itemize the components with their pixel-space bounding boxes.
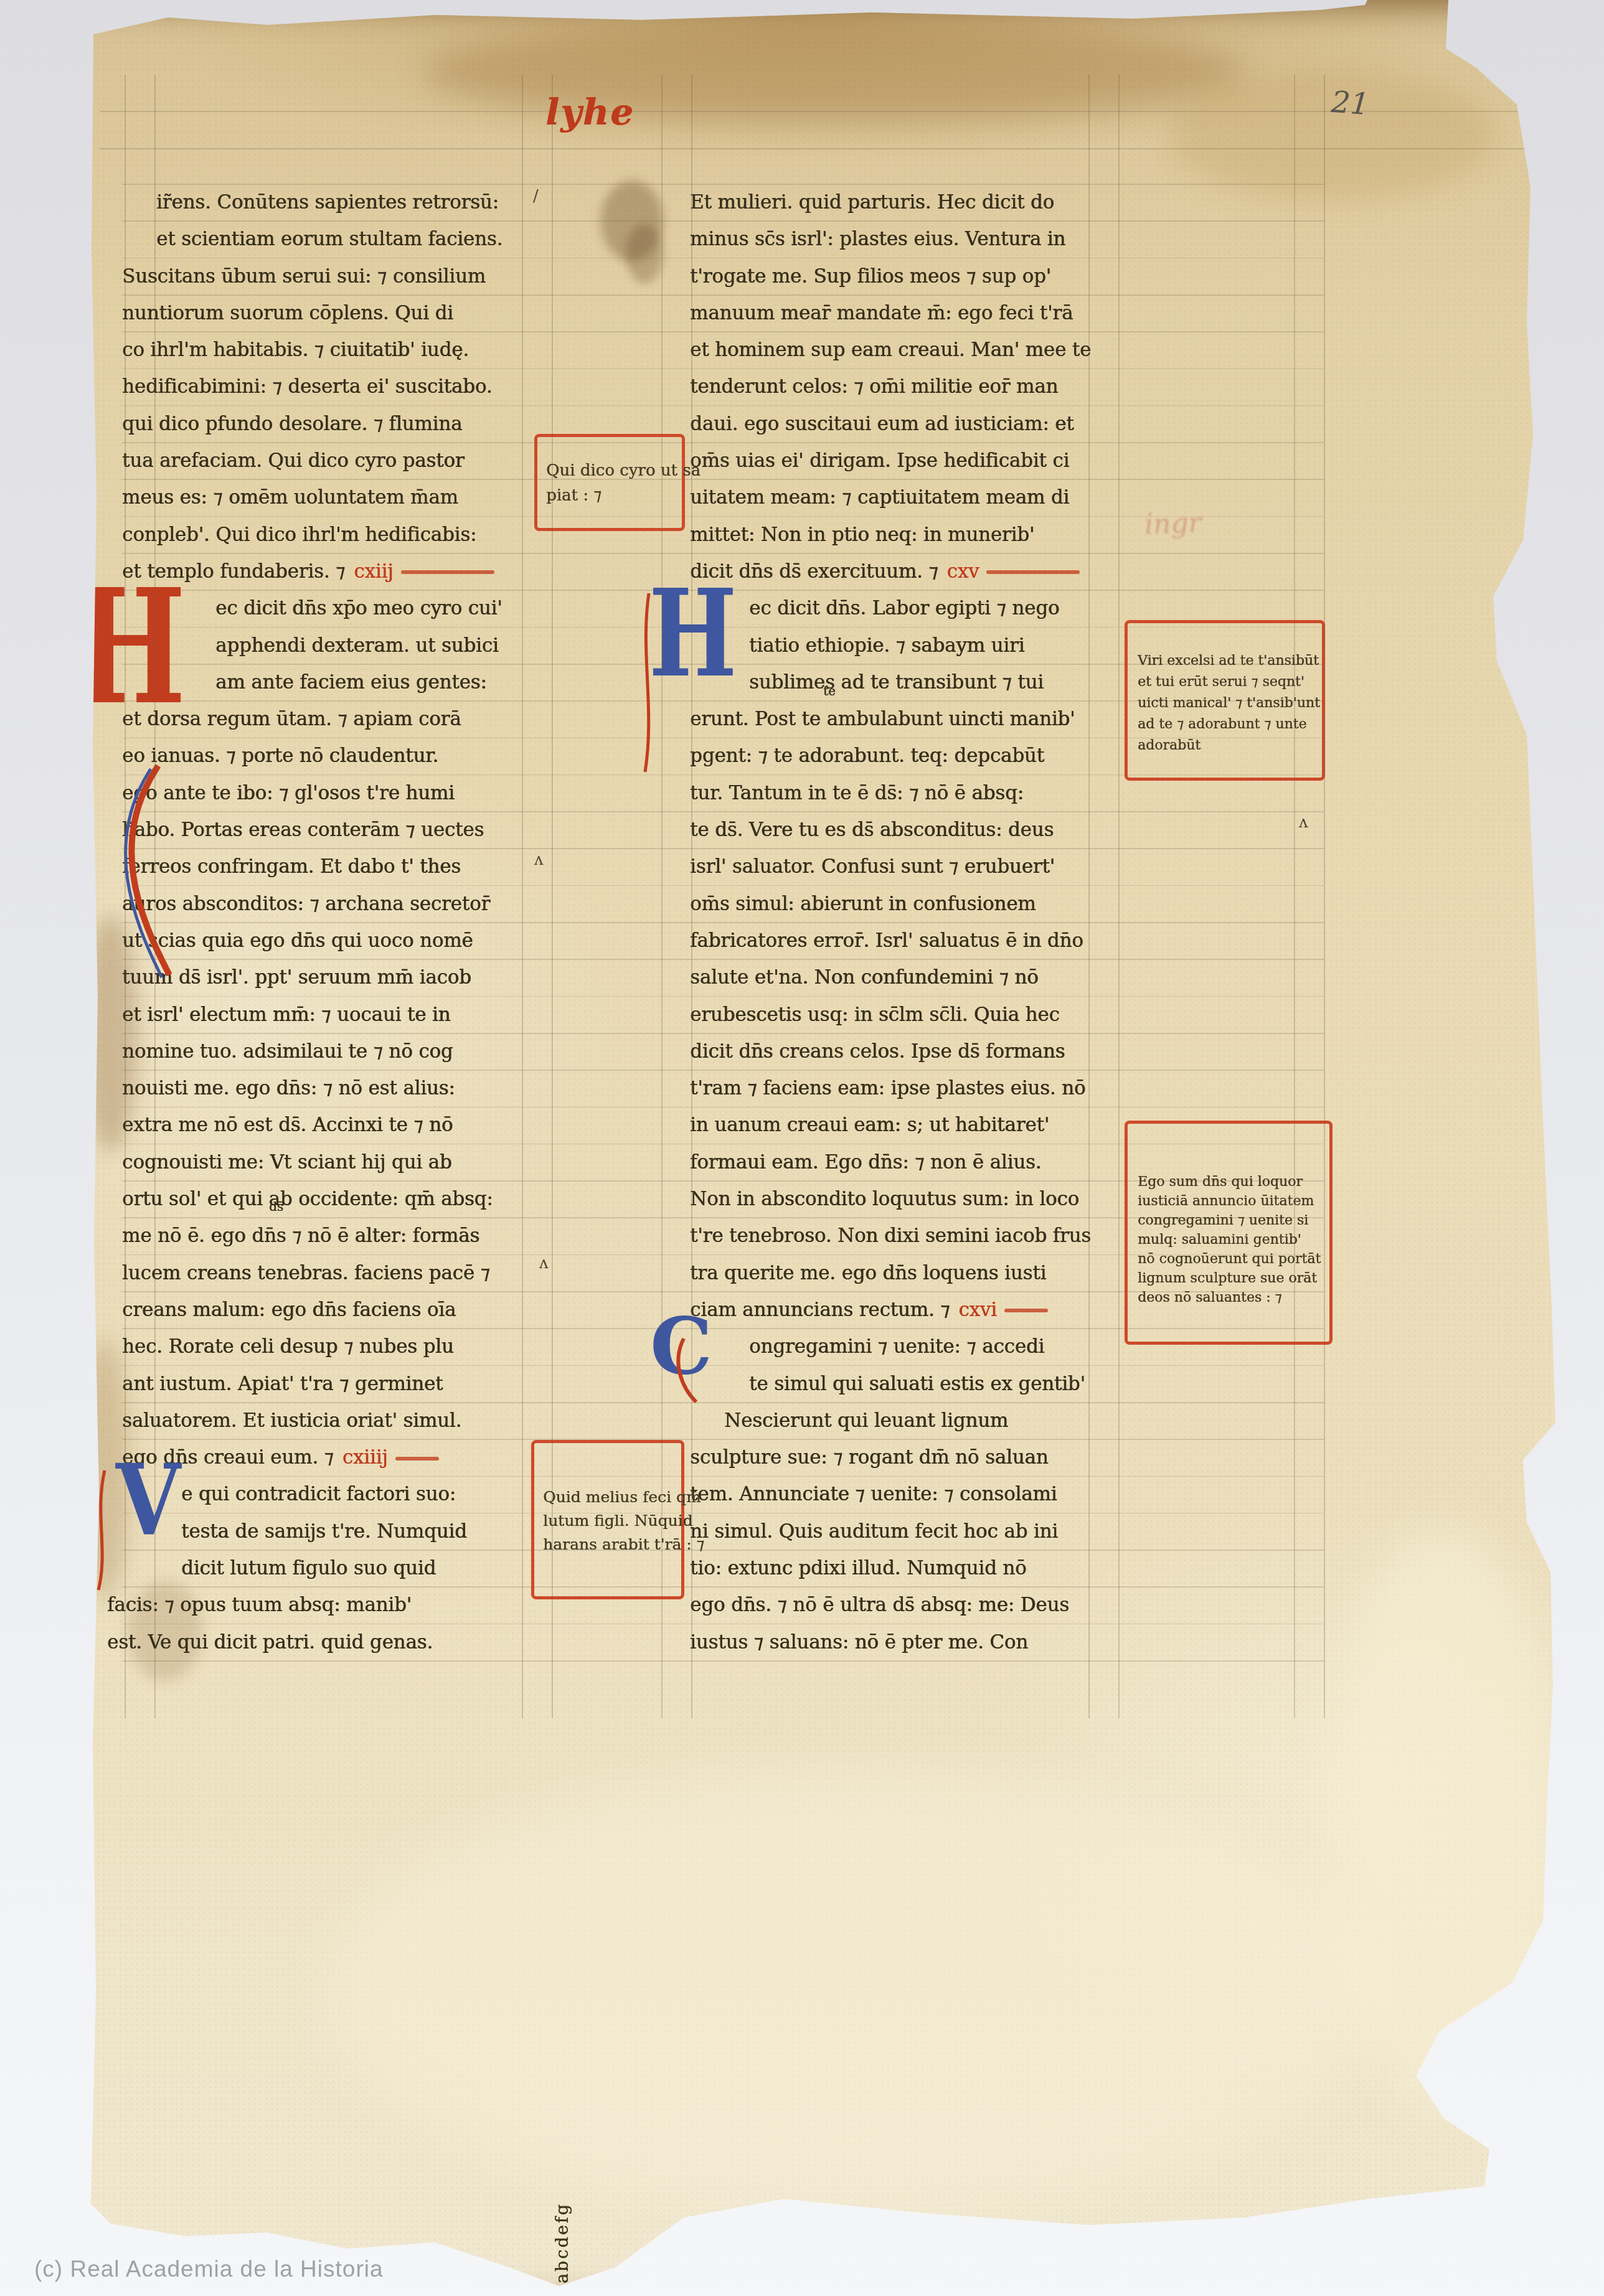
note-line: nō cognoūerunt qui portāt: [1138, 1249, 1329, 1269]
chapter-numeral-rubric: cxiiij: [342, 1446, 388, 1469]
light-patch: [324, 1768, 1382, 2216]
text-line: pgent: ⁊ te adorabunt. teq: depcabūt: [690, 738, 1113, 774]
text-line: erunt. Post te ambulabunt uincti manib': [690, 701, 1113, 738]
text-line: est. Ve qui dicit patri. quid genas.: [107, 1624, 545, 1661]
text-line: Non in abscondito loquutus sum: in loco: [690, 1181, 1113, 1218]
copyright-notice: (c) Real Academia de la Historia: [34, 2256, 384, 2282]
text-line: tiatio ethiopie. ⁊ sabaym uiri: [749, 628, 1113, 664]
margin-chapter-numeral: xlv: [26, 579, 79, 619]
text-line: ciam annuncians rectum. ⁊cxvi: [690, 1292, 1113, 1329]
text-line: dicit lutum figulo suo quid: [181, 1550, 545, 1587]
text-line: saluatorem. Et iusticia oriat' simul.: [122, 1403, 545, 1439]
text-line: ego dn̄s. ⁊ nō ē ultra ds̄ absq: me: Deu…: [690, 1587, 1113, 1624]
note-line: iusticiā annuncio ūitatem: [1138, 1192, 1329, 1211]
text-line: hedificabimini: ⁊ deserta ei' suscitabo.: [122, 369, 545, 405]
text-line: tio: extunc pdixi illud. Numquid nō: [690, 1550, 1113, 1587]
text-line: sculpture sue: ⁊ rogant dm̄ nō saluan: [690, 1439, 1113, 1476]
text-line: tem. Annunciate ⁊ uenite: ⁊ consolami: [690, 1476, 1113, 1513]
text-line: tra querite me. ego dn̄s loquens iusti: [690, 1255, 1113, 1292]
text-line: t'rogate me. Sup filios meos ⁊ sup op': [690, 258, 1113, 295]
initial-filigree: [639, 584, 751, 789]
text-line: tenderunt celos: ⁊ om̄i militie eor̄ man: [690, 369, 1113, 405]
insertion-mark: /: [533, 187, 539, 205]
vertical-ruling-line: [1294, 75, 1295, 1718]
rubric-line-filler: [395, 1457, 439, 1461]
running-title: lyhe: [545, 91, 635, 133]
interlinear-correction: ds̄: [269, 1199, 283, 1214]
text-line: iustus ⁊ saluans: nō ē pter me. Con: [690, 1624, 1113, 1661]
text-line: qui dico pfundo desolare. ⁊ flumina: [122, 406, 545, 443]
header-ruling-line: [100, 148, 1526, 149]
text-line: minus sc̄s isrl': plastes eius. Ventura …: [690, 221, 1113, 258]
text-line: lucem creans tenebras. faciens pacē ⁊: [122, 1255, 545, 1292]
text-line: formaui eam. Ego dn̄s: ⁊ non ē alius.: [690, 1144, 1113, 1181]
text-line: erubescetis usq: in sc̄lm sc̄li. Quia he…: [690, 997, 1113, 1033]
note-line: lutum figli. Nūquid: [543, 1509, 681, 1533]
text-line: cognouisti me: Vt sciant hij qui ab: [122, 1144, 545, 1181]
text-line: mittet: Non in ptio neq: in munerib': [690, 517, 1113, 553]
text-line: tur. Tantum in te ē ds̄: ⁊ nō ē absq:: [690, 775, 1113, 812]
text-line: Et mulieri. quid parturis. Hec dicit do: [690, 184, 1113, 221]
text-line: Nescierunt qui leuant lignum: [724, 1403, 1113, 1439]
vertical-ruling-line: [1324, 75, 1325, 1718]
note-line: Quid melius feci qm̄: [543, 1485, 681, 1509]
text-line: co ihrl'm habitabis. ⁊ ciuitatib' iudę.: [122, 332, 545, 369]
vertical-ruling-line: [125, 75, 126, 1718]
vertical-ruling-line: [522, 75, 523, 1718]
note-line: mulq: saluamini gentib': [1138, 1230, 1329, 1249]
text-line: fabricatores error̄. Isrl' saluatus ē in…: [690, 923, 1113, 959]
vertical-ruling-line: [691, 75, 692, 1718]
text-line: ni simul. Quis auditum fecit hoc ab ini: [690, 1513, 1113, 1550]
insertion-mark: ʌ: [534, 850, 544, 869]
text-line: extra me nō est ds̄. Accinxi te ⁊ nō: [122, 1107, 545, 1144]
rubric-line-filler: [401, 570, 494, 574]
text-line: creans malum: ego dn̄s faciens oīa: [122, 1292, 545, 1329]
chapter-numeral-rubric: cxvi: [958, 1299, 996, 1321]
text-line: manuum mear̄ mandate m̄: ego feci t'rā: [690, 295, 1113, 332]
text-line: isrl' saluator. Confusi sunt ⁊ erubuert': [690, 849, 1113, 885]
text-line: et scientiam eorum stultam faciens.: [156, 221, 545, 258]
text-line: t'ram ⁊ faciens eam: ipse plastes eius. …: [690, 1070, 1113, 1107]
text-line: salute et'na. Non confundemini ⁊ nō: [690, 959, 1113, 996]
text-line: me nō ē. ego dn̄s ⁊ nō ē alter: formās: [122, 1218, 545, 1254]
initial-filigree: [65, 579, 202, 990]
vertical-ruling-line: [1088, 75, 1090, 1718]
interlinear-correction: te: [823, 684, 836, 699]
text-line: hec. Rorate celi desup ⁊ nubes plu: [122, 1329, 545, 1365]
text-line: uitatem meam: ⁊ captiuitatem meam di: [690, 479, 1113, 516]
text-line: et hominem sup eam creaui. Man' mee te: [690, 332, 1113, 369]
text-line: meus es: ⁊ omēm uoluntatem m̄am: [122, 479, 545, 516]
text-line: conpleb'. Qui dico ihrl'm hedificabis:: [122, 517, 545, 553]
note-line: Ego sum dn̄s qui loquor: [1138, 1172, 1329, 1192]
text-line: in uanum creaui eam: s; ut habitaret': [690, 1107, 1113, 1144]
text-line: dicit dn̄s ds̄ exercituum. ⁊cxv: [690, 553, 1113, 590]
text-line: nuntiorum suorum cōplens. Qui di: [122, 295, 545, 332]
text-line: ortu sol' et qui ab occidente: qm̄ absq:: [122, 1181, 545, 1218]
text-line: daui. ego suscitaui eum ad iusticiam: et: [690, 406, 1113, 443]
text-line: ongregamini ⁊ uenite: ⁊ accedi: [749, 1329, 1113, 1365]
marginal-note: Ego sum dn̄s qui loquoriusticiā annuncio…: [1125, 1121, 1333, 1345]
vertical-ruling-line: [552, 75, 553, 1718]
text-line: sublimes ad te transibunt ⁊ tui: [749, 664, 1113, 701]
alphabet-pen-trial: abcdefg: [553, 2203, 572, 2284]
text-line: ec dicit dn̄s xp̄o meo cyro cui': [215, 590, 545, 627]
text-line: te simul qui saluati estis ex gentib': [749, 1366, 1113, 1403]
vertical-ruling-line: [661, 75, 663, 1718]
chapter-numeral-rubric: cxv: [947, 560, 979, 583]
note-line: lignum sculpture sue orāt: [1138, 1269, 1329, 1288]
insertion-mark: ʌ: [1299, 813, 1308, 832]
text-line: e qui contradicit factori suo:: [181, 1476, 545, 1513]
insertion-mark: ʌ: [539, 1254, 549, 1273]
text-line: apphendi dexteram. ut subici: [215, 628, 545, 664]
note-line: harans arabit t'rā : ⁊: [543, 1533, 681, 1556]
chapter-numeral-rubric: cxiij: [354, 560, 393, 583]
note-line: congregamini ⁊ uenite si: [1138, 1211, 1329, 1230]
text-column-2: Et mulieri. quid parturis. Hec dicit dom…: [690, 184, 1113, 1661]
text-line: nomine tuo. adsimilaui te ⁊ nō cog: [122, 1033, 545, 1070]
text-line: Suscitans ūbum serui sui: ⁊ consilium: [122, 258, 545, 295]
text-line: dicit dn̄s creans celos. Ipse ds̄ forman…: [690, 1033, 1113, 1070]
text-line: ir̃ens. Conūtens sapientes retrorsū:: [156, 184, 545, 221]
text-line: et isrl' electum mm̄: ⁊ uocaui te in: [122, 997, 545, 1033]
text-line: nouisti me. ego dn̄s: ⁊ nō est alius:: [122, 1070, 545, 1107]
text-line: ant iustum. Apiat' t'ra ⁊ germinet: [122, 1366, 545, 1403]
note-line: deos nō saluantes : ⁊: [1138, 1288, 1329, 1307]
text-line: tua arefaciam. Qui dico cyro pastor: [122, 443, 545, 479]
rubric-line-filler: [1004, 1309, 1048, 1312]
initial-filigree: [93, 1458, 193, 1601]
rubric-line-filler: [986, 570, 1080, 574]
text-line: te ds̄. Vere tu es ds̄ absconditus: deus: [690, 812, 1113, 849]
photo-backdrop: lyhe 21 xlv ir̃ens. Conūtens sapientes r…: [0, 0, 1604, 2296]
text-line: testa de samijs t're. Numquid: [181, 1513, 545, 1550]
manuscript-page: lyhe 21 xlv ir̃ens. Conūtens sapientes r…: [0, 0, 1604, 2296]
folio-number: 21: [1330, 85, 1370, 122]
text-line: om̄s uias ei' dirigam. Ipse hedificabit …: [690, 443, 1113, 479]
text-line: am ante faciem eius gentes:: [215, 664, 545, 701]
initial-filigree: [645, 1314, 726, 1419]
faded-ink-offset: ingr: [1144, 507, 1202, 540]
vertical-ruling-line: [1118, 75, 1120, 1718]
text-line: ec dicit dn̄s. Labor egipti ⁊ nego: [749, 590, 1113, 627]
vertical-ruling-line: [154, 75, 156, 1718]
header-ruling-line: [100, 111, 1526, 112]
text-line: om̄s simul: abierunt in confusionem: [690, 886, 1113, 923]
text-line: t're tenebroso. Non dixi semini iacob fr…: [690, 1218, 1113, 1254]
